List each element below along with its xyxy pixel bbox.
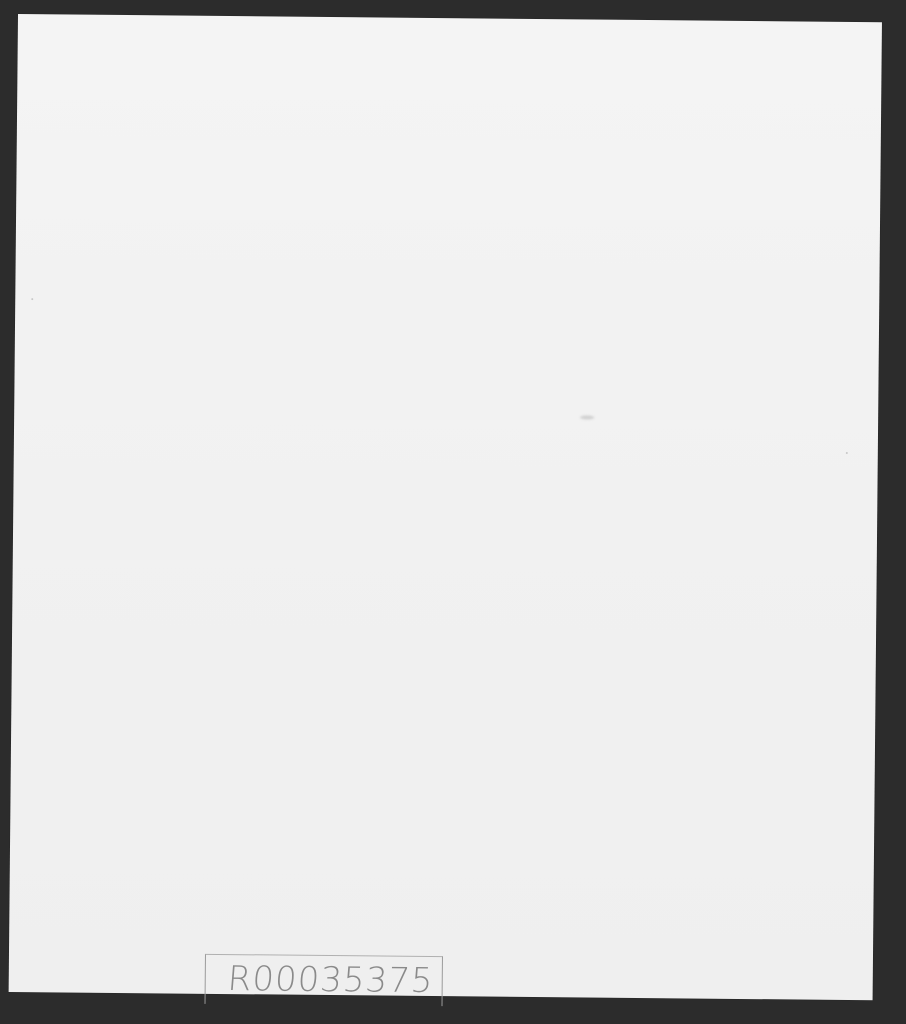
catalog-number-box: R00035375 [205,954,443,1006]
paper-speck [31,298,33,300]
photo-back-sheet: R00035375 [9,14,882,1000]
catalog-number: R00035375 [226,959,435,1001]
paper-smudge [580,415,594,419]
paper-speck [846,452,848,454]
